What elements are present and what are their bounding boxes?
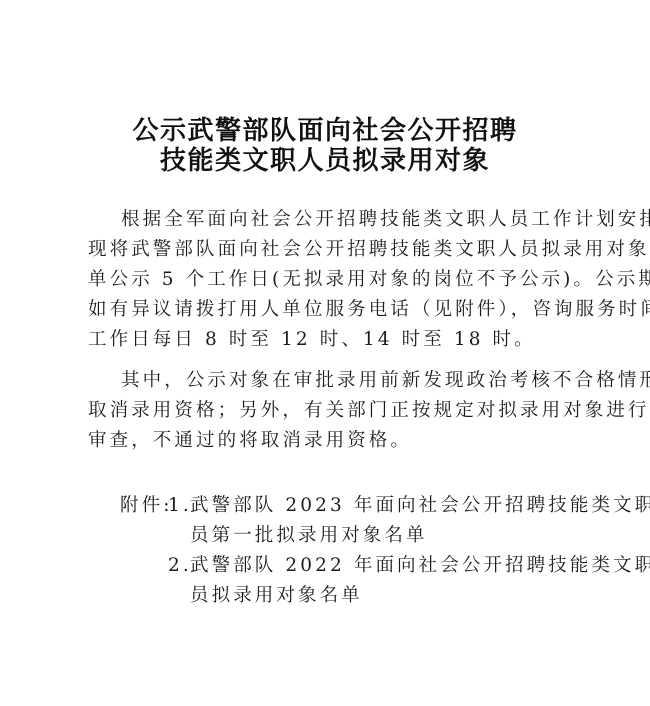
- attachment-item-2-continued: 员拟录用对象名单: [120, 581, 580, 611]
- paragraph-line: 工作日每日 8 时至 12 时、14 时至 18 时。: [88, 325, 568, 355]
- attachments-list: 附件: 1. 武警部队 2023 年面向社会公开招聘技能类文职人 员第一批拟录用…: [120, 491, 580, 611]
- attachment-title-line: 武警部队 2023 年面向社会公开招聘技能类文职人: [190, 491, 650, 521]
- attachments-label: 附件:: [120, 491, 173, 521]
- paragraph-line: 单公示 5 个工作日(无拟录用对象的岗位不予公示)。公示期间，: [88, 265, 568, 295]
- document-title-line-1: 公示武警部队面向社会公开招聘: [0, 116, 650, 146]
- attachment-title-line: 员第一批拟录用对象名单: [190, 521, 428, 551]
- document-title-line-2: 技能类文职人员拟录用对象: [0, 146, 650, 176]
- document-page: 公示武警部队面向社会公开招聘 技能类文职人员拟录用对象 根据全军面向社会公开招聘…: [0, 0, 650, 706]
- attachment-item-1: 附件: 1. 武警部队 2023 年面向社会公开招聘技能类文职人: [120, 491, 580, 521]
- attachment-item-2: 2. 武警部队 2022 年面向社会公开招聘技能类文职人: [120, 551, 580, 581]
- attachment-title-line: 武警部队 2022 年面向社会公开招聘技能类文职人: [190, 551, 650, 581]
- paragraph-line: 其中，公示对象在审批录用前新发现政治考核不合格情形的，: [88, 366, 568, 396]
- paragraph-line: 如有异议请拨打用人单位服务电话（见附件），咨询服务时间为: [88, 295, 568, 325]
- paragraph-line: 根据全军面向社会公开招聘技能类文职人员工作计划安排，: [88, 205, 568, 235]
- paragraph-announcement: 根据全军面向社会公开招聘技能类文职人员工作计划安排， 现将武警部队面向社会公开招…: [88, 205, 568, 355]
- attachment-item-1-continued: 员第一批拟录用对象名单: [120, 521, 580, 551]
- paragraph-line: 审查，不通过的将取消录用资格。: [88, 426, 568, 456]
- attachment-number: 2.: [168, 551, 192, 581]
- paragraph-conditions: 其中，公示对象在审批录用前新发现政治考核不合格情形的， 取消录用资格；另外，有关…: [88, 366, 568, 456]
- attachment-number: 1.: [168, 491, 192, 521]
- attachment-title-line: 员拟录用对象名单: [190, 581, 363, 611]
- paragraph-line: 取消录用资格；另外，有关部门正按规定对拟录用对象进行背景: [88, 396, 568, 426]
- paragraph-line: 现将武警部队面向社会公开招聘技能类文职人员拟录用对象名: [88, 235, 568, 265]
